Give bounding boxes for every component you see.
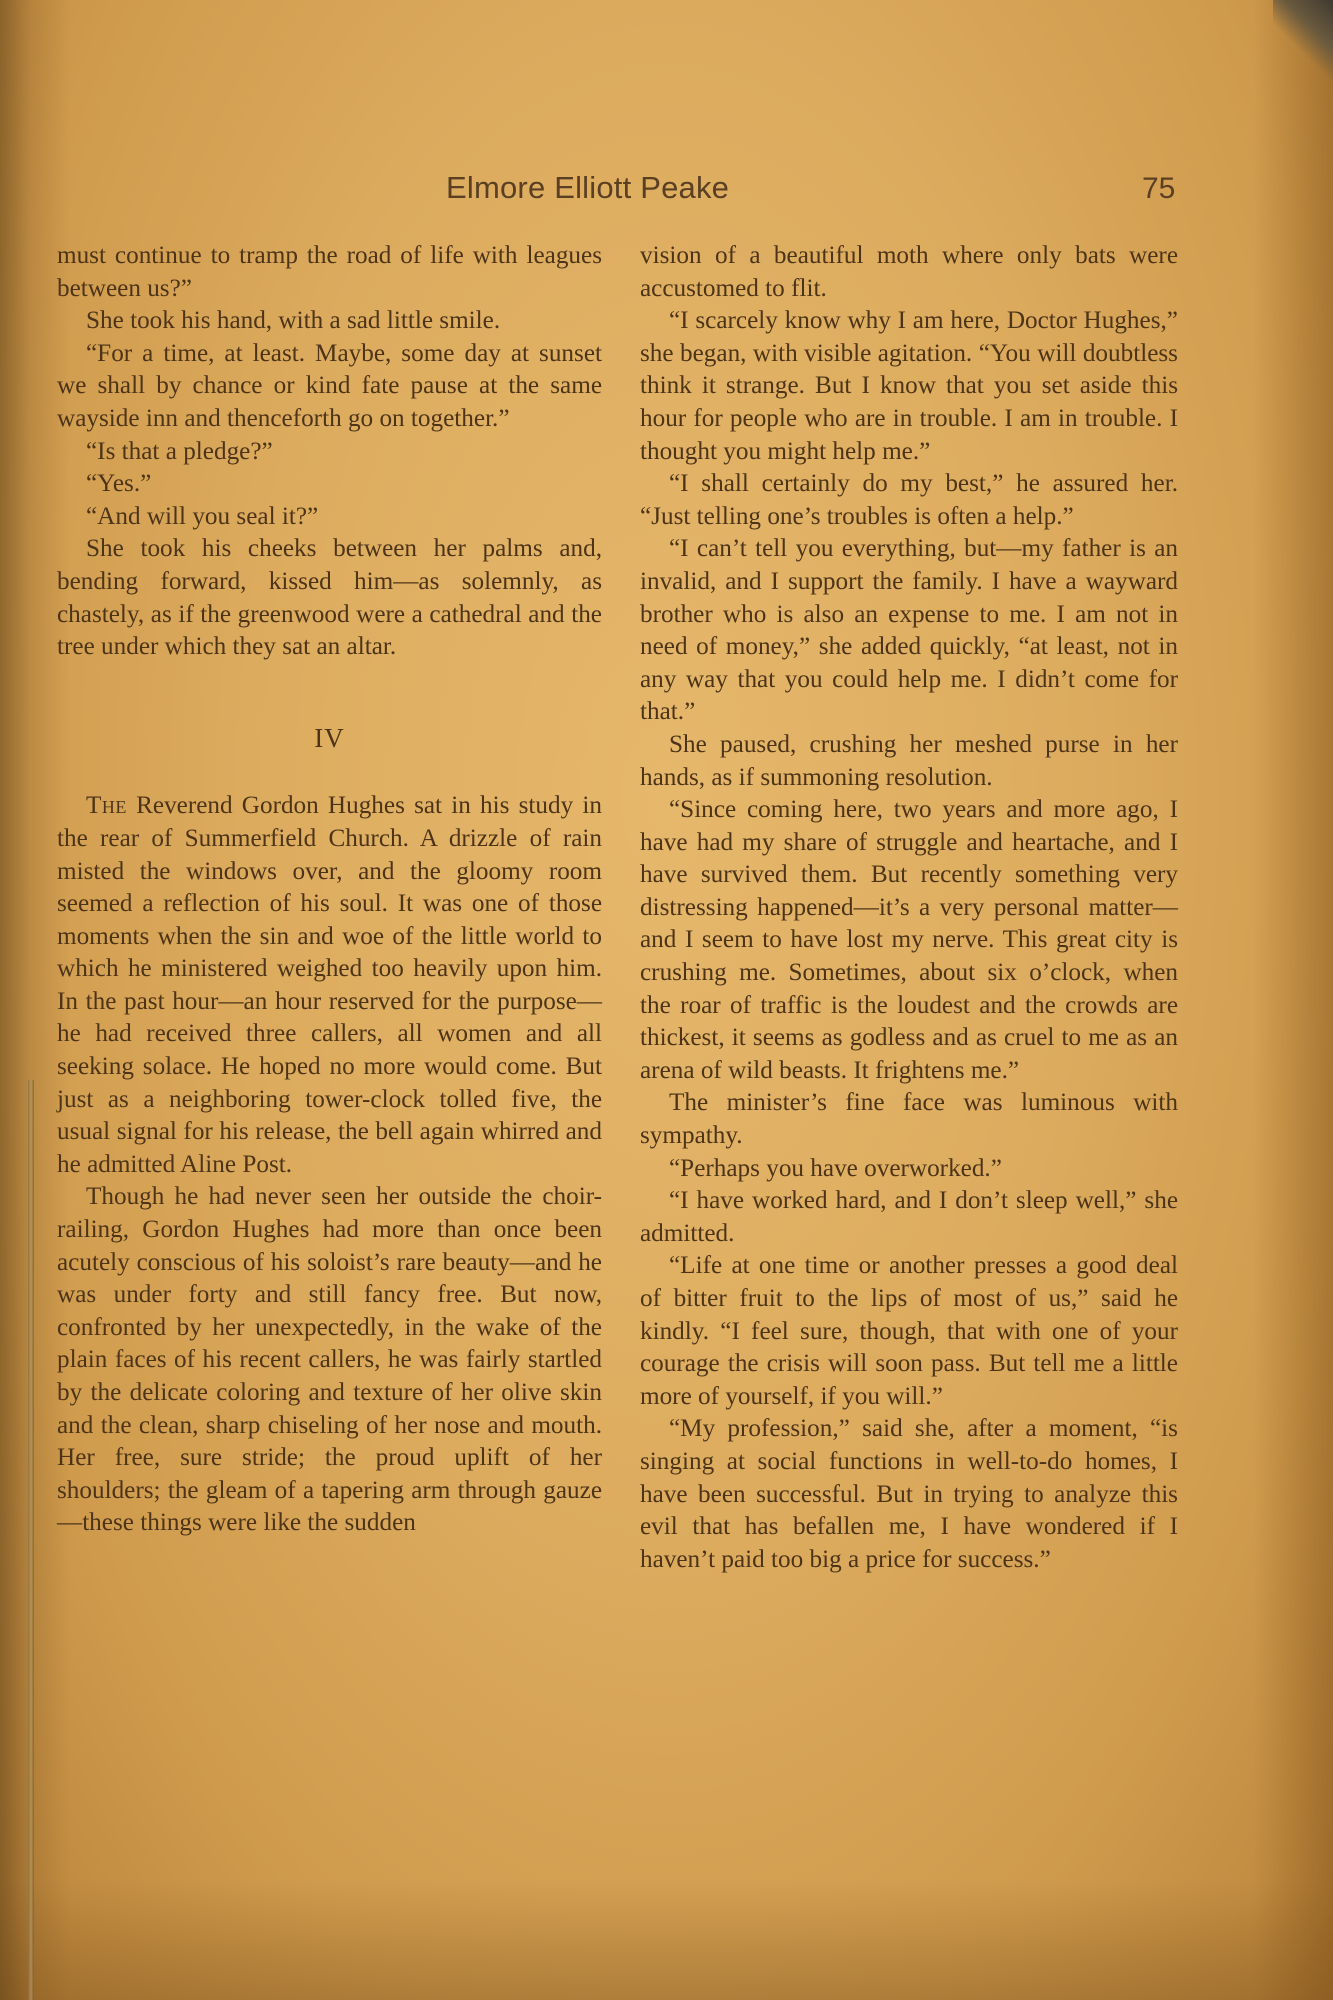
paragraph: She took his cheeks between her palms an…: [57, 533, 602, 663]
paragraph: “I have worked hard, and I don’t sleep w…: [640, 1185, 1178, 1250]
right-column: vision of a beautiful moth where only ba…: [640, 240, 1178, 1576]
section-heading: IV: [57, 722, 602, 755]
paragraph: “Is that a pledge?”: [57, 436, 602, 469]
paragraph: “I shall certainly do my best,” he assur…: [640, 468, 1178, 533]
paragraph: “And will you seal it?”: [57, 501, 602, 534]
page-corner-fold: [1273, 0, 1333, 80]
paragraph: “I scarcely know why I am here, Doctor H…: [640, 305, 1178, 468]
paragraph: “Life at one time or another presses a g…: [640, 1250, 1178, 1413]
running-header-title: Elmore Elliott Peake: [446, 170, 729, 206]
paragraph: She took his hand, with a sad little smi…: [57, 305, 602, 338]
lead-word-smallcaps: The: [86, 792, 127, 819]
page-number: 75: [1142, 172, 1175, 206]
paragraph: “For a time, at least. Maybe, some day a…: [57, 338, 602, 436]
paragraph: “Yes.”: [57, 468, 602, 501]
paragraph: “My profession,” said she, after a momen…: [640, 1413, 1178, 1576]
paragraph: vision of a beautiful moth where only ba…: [640, 240, 1178, 305]
book-page: Elmore Elliott Peake 75 must continue to…: [0, 0, 1333, 2000]
paragraph: “I can’t tell you everything, but—my fat…: [640, 533, 1178, 729]
paragraph: The minister’s fine face was luminous wi…: [640, 1087, 1178, 1152]
paragraph: must continue to tramp the road of life …: [57, 240, 602, 305]
left-column: must continue to tramp the road of life …: [57, 240, 602, 1540]
paragraph: Though he had never seen her outside the…: [57, 1181, 602, 1540]
paragraph: She paused, crushing her meshed purse in…: [640, 729, 1178, 794]
paragraph: “Perhaps you have overworked.”: [640, 1153, 1178, 1186]
binding-edge: [28, 1080, 34, 2000]
paragraph-text: Reverend Gordon Hughes sat in his study …: [57, 792, 602, 1178]
paragraph: “Since coming here, two years and more a…: [640, 794, 1178, 1087]
section-opening-paragraph: The Reverend Gordon Hughes sat in his st…: [57, 790, 602, 1181]
